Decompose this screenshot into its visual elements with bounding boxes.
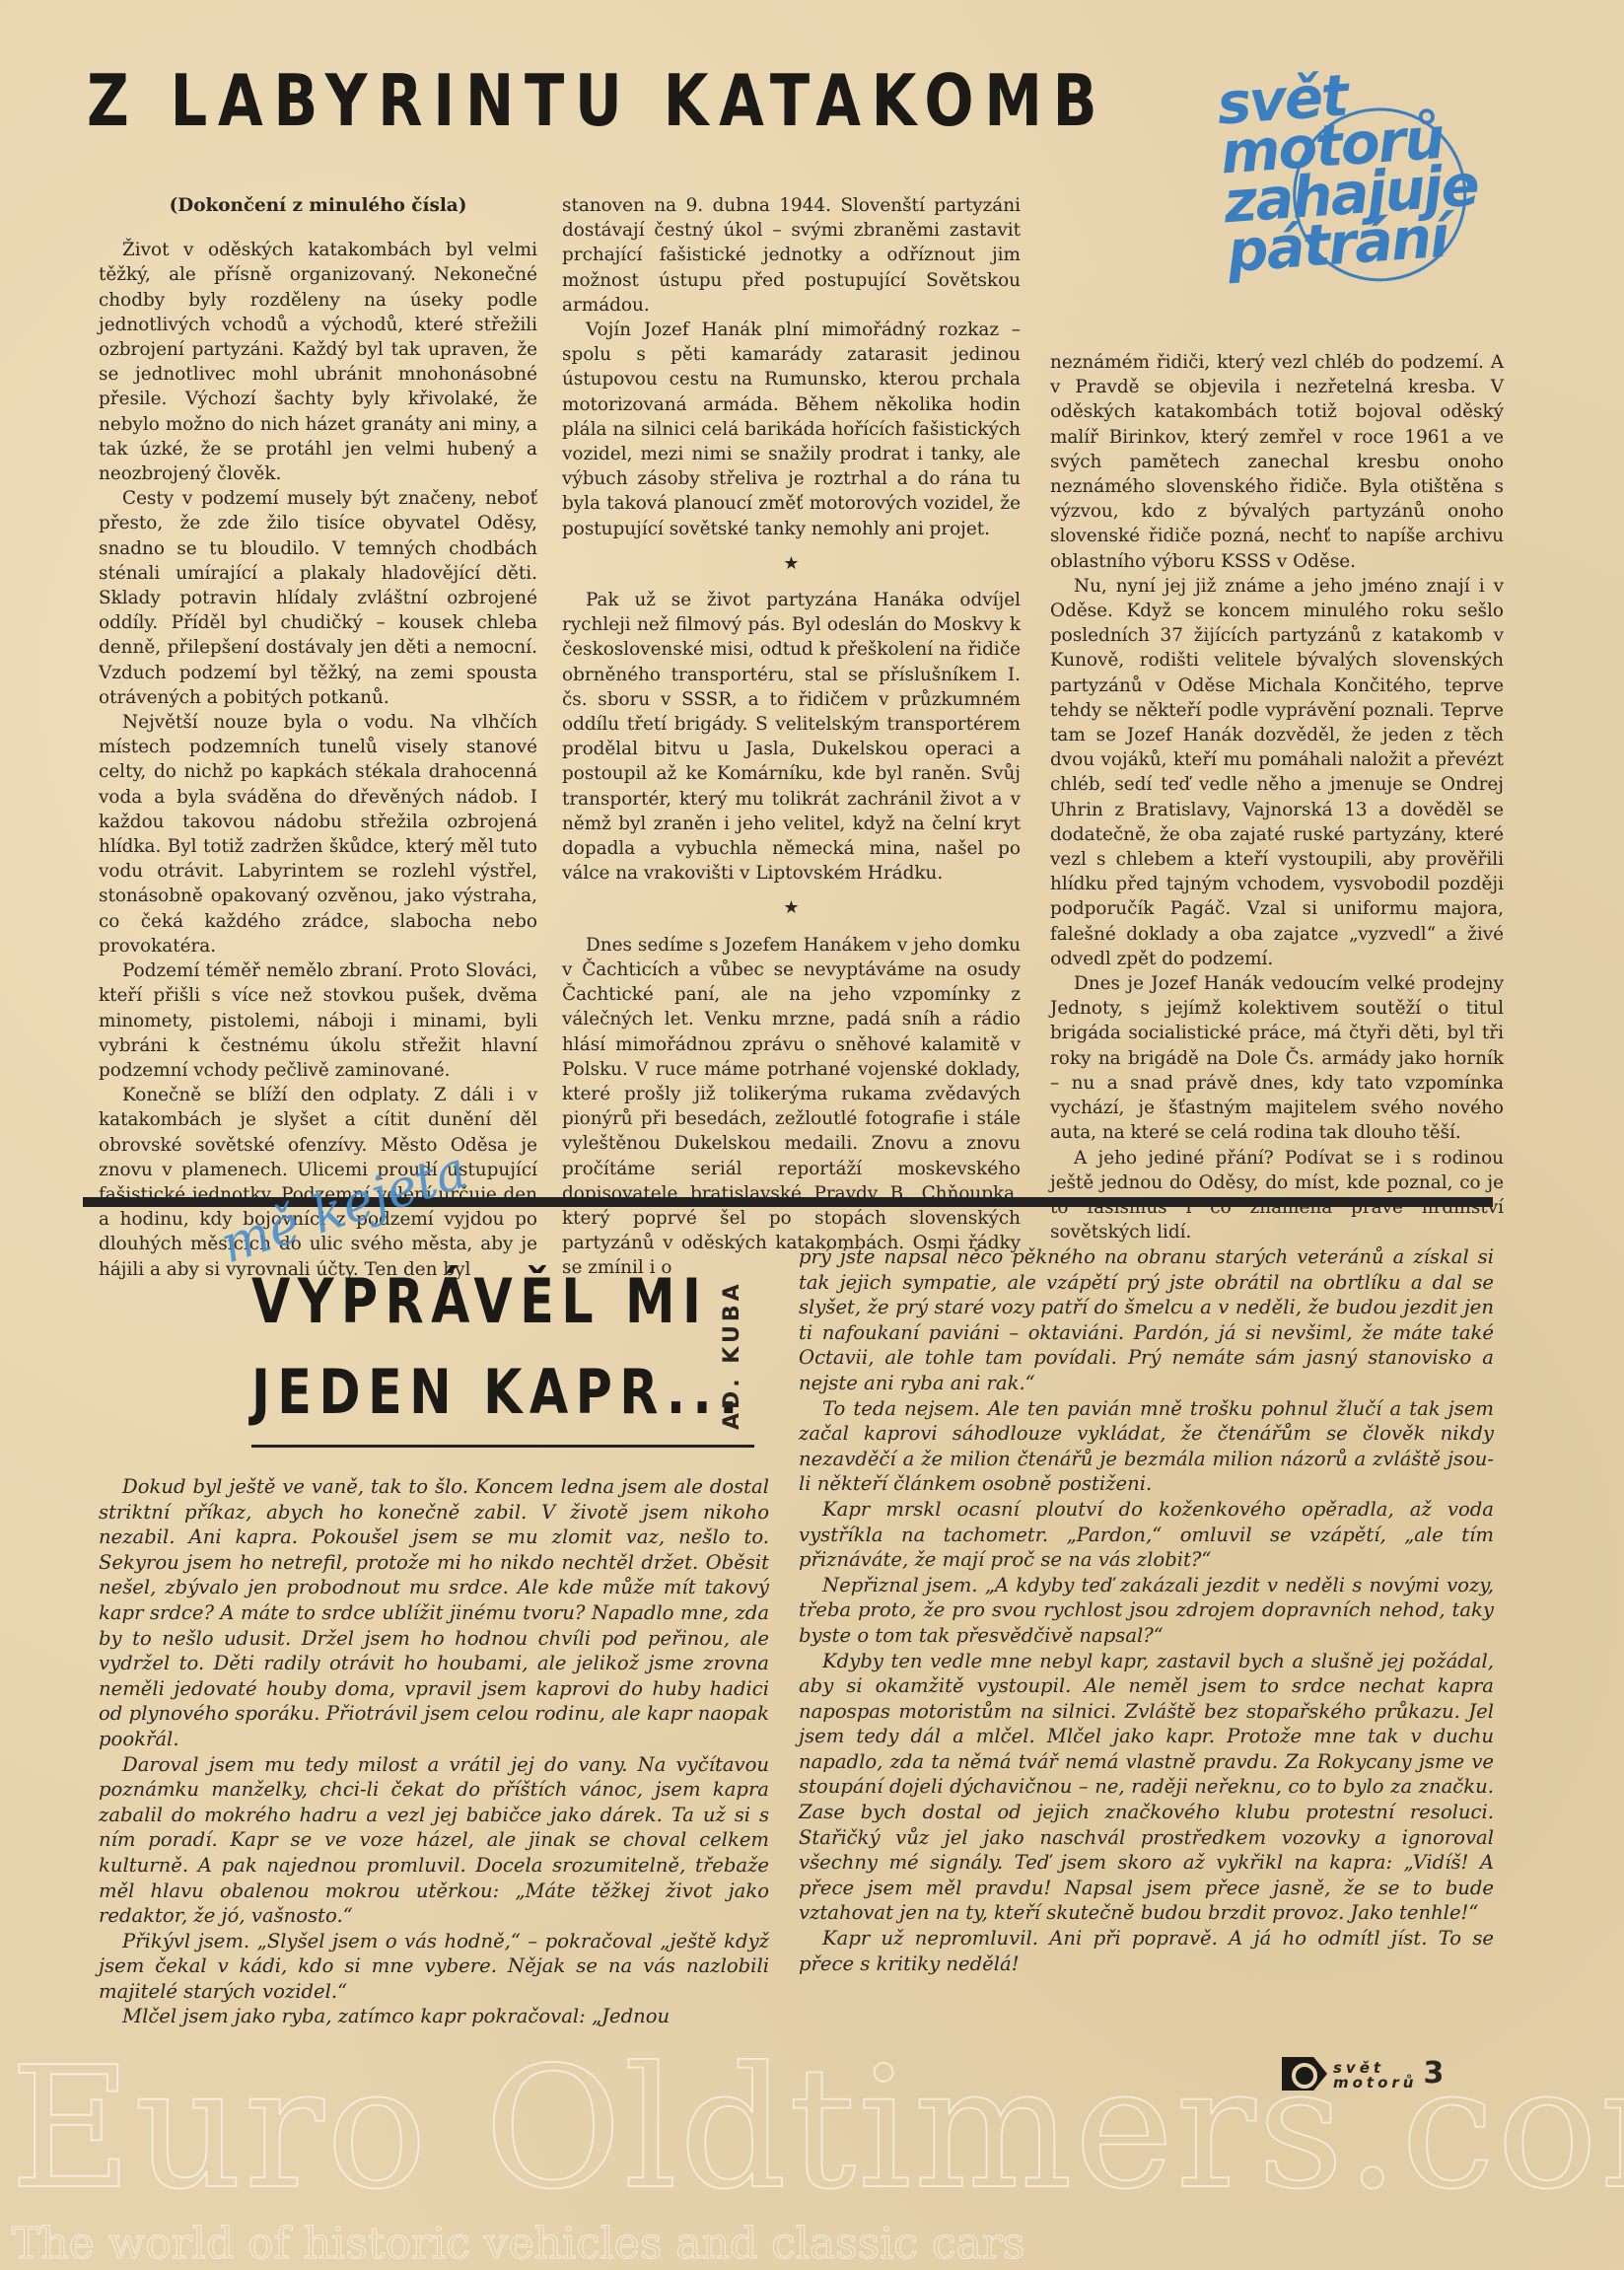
paragraph: Mlčel jsem jako ryba, zatímco kapr pokra… (99, 2004, 769, 2029)
article1-column-2: stanoven na 9. dubna 1944. Slovenští par… (562, 193, 1021, 1281)
magazine-logo-icon (1282, 2057, 1327, 2091)
paragraph: Dnes sedíme s Jozefem Hanákem v jeho dom… (562, 933, 1021, 1281)
article2-title-line1: VYPRÁVĚL MI (251, 1265, 708, 1337)
paragraph: Kapr mrskl ocasní ploutví do koženkového… (799, 1497, 1494, 1573)
watermark-tagline: The world of historic vehicles and class… (12, 2219, 1024, 2269)
author-name: AD. KUBA (720, 1280, 744, 1430)
paragraph: Kdyby ten vedle mne nebyl kapr, zastavil… (799, 1649, 1494, 1927)
paragraph: prý jste napsal něco pěkného na obranu s… (799, 1244, 1494, 1396)
article1-column-3: neznámém řidiči, který vezl chléb do pod… (1050, 350, 1504, 1244)
article-title: Z LABYRINTU KATAKOMB (87, 59, 1107, 142)
article2-column-2: prý jste napsal něco pěkného na obranu s… (799, 1244, 1494, 1976)
paragraph: Cesty v podzemí musely být značeny, nebo… (99, 486, 537, 710)
campaign-stamp: svět motorů zahajuje pátrání (1216, 59, 1526, 296)
paragraph: Největší nouze byla o vodu. Na vlhčích m… (99, 710, 537, 958)
paragraph: Kapr už nepromluvil. Ani při popravě. A … (799, 1926, 1494, 1976)
logo-line: motorů (1333, 2076, 1418, 2091)
paragraph: To teda nejsem. Ale ten pavián mně trošk… (799, 1396, 1494, 1497)
paragraph: stanoven na 9. dubna 1944. Slovenští par… (562, 193, 1021, 318)
paragraph: Konečně se blíží den odplaty. Z dáli i v… (99, 1083, 537, 1282)
article-subtitle: (Dokončení z minulého čísla) (99, 193, 537, 218)
star-separator-icon: ★ (562, 895, 1021, 920)
paragraph: Život v oděských katakombách byl velmi t… (99, 238, 537, 486)
paragraph: neznámém řidiči, který vezl chléb do pod… (1050, 350, 1504, 574)
paragraph: Nu, nyní jej již známe a jeho jméno znaj… (1050, 574, 1504, 971)
paragraph: Vojín Jozef Hanák plní mimořádný rozkaz … (562, 318, 1021, 541)
paragraph: Dokud byl ještě ve vaně, tak to šlo. Kon… (99, 1474, 769, 1752)
paragraph: Podzemí téměř nemělo zbraní. Proto Slová… (99, 958, 537, 1083)
star-separator-icon: ★ (562, 551, 1021, 576)
paragraph: Přikývl jsem. „Slyšel jsem o vás hodně,“… (99, 1929, 769, 2005)
paragraph: Dnes je Jozef Hanák vedoucím velké prode… (1050, 971, 1504, 1145)
paragraph: Pak už se život partyzána Hanáka odvíjel… (562, 588, 1021, 886)
paragraph: Daroval jsem mu tedy milost a vrátil jej… (99, 1752, 769, 1929)
paragraph: Nepřiznal jsem. „A kdyby teď zakázali je… (799, 1573, 1494, 1649)
author-byline: AD. KUBA (720, 1282, 759, 1430)
title-underline (251, 1445, 754, 1448)
magazine-name: svět motorů (1333, 2061, 1418, 2091)
paragraph: A jeho jediné přání? Podívat se i s rodi… (1050, 1146, 1504, 1245)
article2-title-line2: JEDEN KAPR... (251, 1356, 745, 1428)
article1-column-1: (Dokončení z minulého čísla) Život v odě… (99, 193, 537, 1282)
magazine-footer: svět motorů 3 (1282, 2056, 1444, 2091)
article2-column-1: Dokud byl ještě ve vaně, tak to šlo. Kon… (99, 1474, 769, 2029)
page-number: 3 (1424, 2056, 1445, 2091)
